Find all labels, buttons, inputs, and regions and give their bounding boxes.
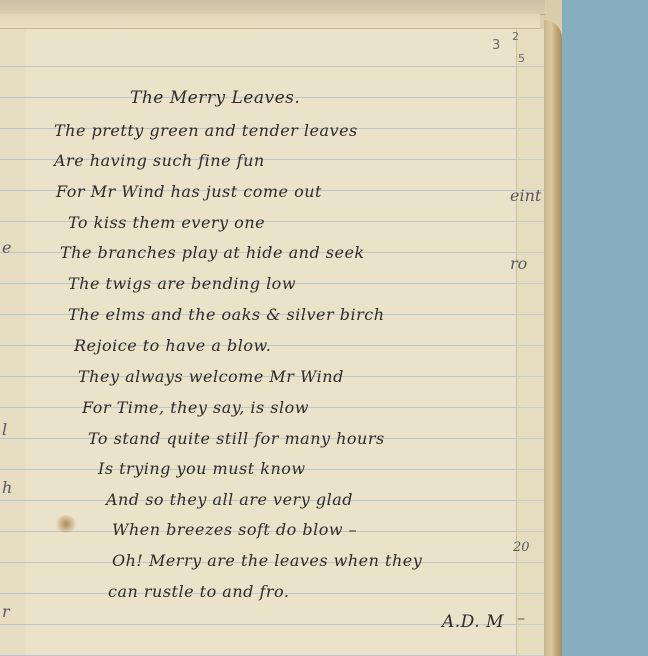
poem-line: And so they all are very glad <box>106 490 353 509</box>
poem-line: Rejoice to have a blow. <box>74 336 271 355</box>
poem: The Merry Leaves. The pretty green and t… <box>0 0 648 656</box>
poem-line: Are having such fine fun <box>54 151 265 170</box>
poem-line: To stand quite still for many hours <box>88 429 385 448</box>
poem-line: The twigs are bending low <box>68 274 296 293</box>
poem-line: can rustle to and fro. <box>108 582 289 601</box>
signature: A.D. M <box>442 612 504 632</box>
poem-line: Oh! Merry are the leaves when they <box>112 551 422 570</box>
poem-line: The branches play at hide and seek <box>60 243 365 262</box>
poem-line: Is trying you must know <box>98 459 306 478</box>
poem-line: The elms and the oaks & silver birch <box>68 305 385 324</box>
poem-line: When breezes soft do blow – <box>112 520 357 539</box>
poem-line: The pretty green and tender leaves <box>54 121 358 140</box>
poem-line: To kiss them every one <box>68 213 265 232</box>
poem-line: They always welcome Mr Wind <box>78 367 344 386</box>
poem-line: For Time, they say, is slow <box>82 398 309 417</box>
poem-line: For Mr Wind has just come out <box>56 182 322 201</box>
poem-title: The Merry Leaves. <box>130 88 300 108</box>
